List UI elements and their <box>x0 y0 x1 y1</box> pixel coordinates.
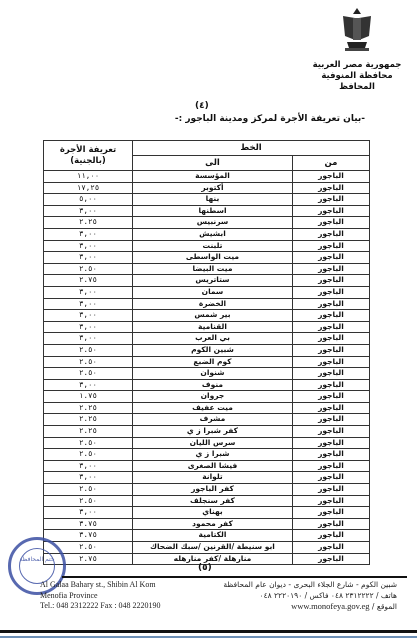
fare-cell: ٣,٠٠ <box>44 472 133 484</box>
table-row: الباجورالكتامية٣.٧٥ <box>44 530 370 542</box>
route-to-cell: كوم الضبع <box>133 356 293 368</box>
table-row: الباجورميت عفيف٢.٢٥ <box>44 402 370 414</box>
route-from-cell: الباجور <box>292 286 369 298</box>
table-row: الباجورشبين الكوم٢.٥٠ <box>44 344 370 356</box>
route-from-cell: الباجور <box>292 553 369 565</box>
route-from-cell: الباجور <box>292 507 369 519</box>
fare-cell: ٢.٥٠ <box>44 495 133 507</box>
fare-cell: ٢.٥٠ <box>44 437 133 449</box>
route-to-cell: تلبنت <box>133 240 293 252</box>
route-to-cell: شبرا ز ي <box>133 449 293 461</box>
fare-cell: ٢.٧٥ <box>44 275 133 287</box>
footer-arabic-address: شبين الكوم - شارع الجلاء البحرى - ديوان … <box>223 580 397 613</box>
fare-cell: ٢.٢٥ <box>44 217 133 229</box>
fare-cell: ٣,٠٠ <box>44 205 133 217</box>
route-from-cell: الباجور <box>292 402 369 414</box>
fare-cell: ٢.٥٠ <box>44 484 133 496</box>
route-to-cell: ابو سنيطة /القرنين /سبك الضحاك <box>133 542 293 554</box>
route-to-cell: الخضرة <box>133 298 293 310</box>
table-row: الباجوربير شمس٣,٠٠ <box>44 310 370 322</box>
route-to-cell: بي العرب <box>133 333 293 345</box>
route-from-cell: الباجور <box>292 426 369 438</box>
route-from-cell: الباجور <box>292 182 369 194</box>
table-row: الباجورالمؤسسة١١,٠٠ <box>44 171 370 183</box>
route-from-cell: الباجور <box>292 542 369 554</box>
fare-cell: ٢.٥٠ <box>44 356 133 368</box>
route-to-cell: كفر محمود <box>133 518 293 530</box>
letterhead: جمهورية مصر العربية محافظة المنوفية المح… <box>307 4 407 93</box>
route-from-cell: الباجور <box>292 518 369 530</box>
table-row: الباجورسرنبيس٢.٢٥ <box>44 217 370 229</box>
table-row: الباجورالقنامية٣,٠٠ <box>44 321 370 333</box>
route-from-cell: الباجور <box>292 275 369 287</box>
route-from-cell: الباجور <box>292 472 369 484</box>
footer-ar-website-row: الموقع / www.monofeya.gov.eg <box>223 601 397 613</box>
fare-cell: ٣,٠٠ <box>44 228 133 240</box>
table-row: الباجوركوم الضبع٢.٥٠ <box>44 356 370 368</box>
fare-cell: ٣,٠٠ <box>44 460 133 472</box>
table-row: الباجوربي العرب٣,٠٠ <box>44 333 370 345</box>
route-from-cell: الباجور <box>292 171 369 183</box>
route-from-cell: الباجور <box>292 310 369 322</box>
table-row: الباجوراسطنها٣,٠٠ <box>44 205 370 217</box>
table-row: الباجوركفر الباجور٢.٥٠ <box>44 484 370 496</box>
table-row: الباجوربنها٥,٠٠ <box>44 194 370 206</box>
table-row: الباجوركفر محمود٣.٧٥ <box>44 518 370 530</box>
table-row: الباجورالخضرة٣,٠٠ <box>44 298 370 310</box>
fare-cell: ٣,٠٠ <box>44 240 133 252</box>
route-to-cell: مشرف <box>133 414 293 426</box>
route-from-cell: الباجور <box>292 484 369 496</box>
table-row: الباجورستاتريس٢.٧٥ <box>44 275 370 287</box>
footer-ar-street: شبين الكوم - شارع الجلاء البحرى - ديوان … <box>223 580 397 591</box>
route-from-cell: الباجور <box>292 252 369 264</box>
footer-bottom-rule <box>0 630 417 633</box>
route-from-cell: الباجور <box>292 333 369 345</box>
route-from-cell: الباجور <box>292 228 369 240</box>
route-to-cell: سرنبيس <box>133 217 293 229</box>
header-route: الخط <box>133 141 370 156</box>
table-row: الباجورمشرف٢.٢٥ <box>44 414 370 426</box>
table-row: الباجورفيشا الصغرى٣,٠٠ <box>44 460 370 472</box>
fare-table: الخط تعريفة الأجرة (بالجنية) من الى البا… <box>43 140 370 565</box>
fare-cell: ٣,٠٠ <box>44 333 133 345</box>
fare-cell: ٢.٥٠ <box>44 344 133 356</box>
footer-en-province: Menofia Province <box>40 591 161 602</box>
route-to-cell: ستاتريس <box>133 275 293 287</box>
route-from-cell: الباجور <box>292 194 369 206</box>
footer-ar-phone: هاتف / ٢٣١٢٢٢٢ ٠٤٨ فاكس / ٢٢٢٠١٩٠ ٠٤٨ <box>223 591 397 602</box>
route-to-cell: بير شمس <box>133 310 293 322</box>
route-to-cell: كفر سنجلف <box>133 495 293 507</box>
fare-cell: ٢.٢٥ <box>44 414 133 426</box>
route-to-cell: بنها <box>133 194 293 206</box>
route-from-cell: الباجور <box>292 495 369 507</box>
letterhead-governor: المحافظ <box>307 82 407 93</box>
route-to-cell: كفر الباجور <box>133 484 293 496</box>
fare-cell: ٣,٠٠ <box>44 507 133 519</box>
fare-cell: ٣,٠٠ <box>44 252 133 264</box>
route-from-cell: الباجور <box>292 356 369 368</box>
page-number: (٥) <box>198 563 212 573</box>
table-row: الباجوركفر سنجلف٢.٥٠ <box>44 495 370 507</box>
letterhead-governorate: محافظة المنوفية <box>307 71 407 82</box>
fare-cell: ٢.٥٠ <box>44 449 133 461</box>
letterhead-country: جمهورية مصر العربية <box>307 60 407 71</box>
header-to: الى <box>133 156 293 171</box>
table-row: الباجورأكتوبر١٧,٢٥ <box>44 182 370 194</box>
route-to-cell: ميت الواسطى <box>133 252 293 264</box>
fare-cell: ٢.٢٥ <box>44 402 133 414</box>
route-to-cell: ميت عفيف <box>133 402 293 414</box>
route-to-cell: شبين الكوم <box>133 344 293 356</box>
table-row: الباجورابو سنيطة /القرنين /سبك الضحاك٢.٥… <box>44 542 370 554</box>
route-to-cell: اسطنها <box>133 205 293 217</box>
fare-table-body: الباجورالمؤسسة١١,٠٠الباجورأكتوبر١٧,٢٥الب… <box>44 171 370 565</box>
fare-cell: ٥,٠٠ <box>44 194 133 206</box>
table-row: الباجورميت الواسطى٣,٠٠ <box>44 252 370 264</box>
table-row: الباجورمنوف٣,٠٠ <box>44 379 370 391</box>
stamp-inner-ring <box>19 548 55 584</box>
route-from-cell: الباجور <box>292 391 369 403</box>
table-row: الباجورسمان٣,٠٠ <box>44 286 370 298</box>
fare-cell: ٢.٢٥ <box>44 426 133 438</box>
header-fare: تعريفة الأجرة (بالجنية) <box>44 141 133 171</box>
route-from-cell: الباجور <box>292 205 369 217</box>
fare-cell: ١.٧٥ <box>44 391 133 403</box>
route-from-cell: الباجور <box>292 298 369 310</box>
fare-cell: ٢.٥٠ <box>44 368 133 380</box>
route-to-cell: جروان <box>133 391 293 403</box>
fare-cell: ٣.٧٥ <box>44 518 133 530</box>
fare-cell: ٣,٠٠ <box>44 298 133 310</box>
route-to-cell: منوف <box>133 379 293 391</box>
route-from-cell: الباجور <box>292 240 369 252</box>
route-to-cell: القنامية <box>133 321 293 333</box>
section-marker: (٤) <box>195 101 209 111</box>
header-from: من <box>292 156 369 171</box>
table-row: الباجورشنوان٢.٥٠ <box>44 368 370 380</box>
fare-cell: ٣,٠٠ <box>44 379 133 391</box>
route-from-cell: الباجور <box>292 344 369 356</box>
route-from-cell: الباجور <box>292 460 369 472</box>
route-from-cell: الباجور <box>292 368 369 380</box>
table-row: الباجورتلبنت٣,٠٠ <box>44 240 370 252</box>
footer-en-phone: Tel.: 048 2312222 Fax : 048 2220190 <box>40 601 161 612</box>
route-from-cell: الباجور <box>292 449 369 461</box>
fare-cell: ٣.٧٥ <box>44 530 133 542</box>
route-to-cell: تلوانة <box>133 472 293 484</box>
route-to-cell: ميت البيضا <box>133 263 293 275</box>
fare-cell: ٢.٥٠ <box>44 263 133 275</box>
fare-cell: ١١,٠٠ <box>44 171 133 183</box>
footer-en-street: Al Galaa Bahary st., Shibin Al Kom <box>40 580 161 591</box>
route-from-cell: الباجور <box>292 530 369 542</box>
footer-website-link[interactable]: www.monofeya.gov.eg <box>291 601 369 611</box>
table-row: الباجورتلوانة٣,٠٠ <box>44 472 370 484</box>
route-to-cell: فيشا الصغرى <box>133 460 293 472</box>
footer-blue-rule <box>0 636 417 638</box>
route-to-cell: بهناي <box>133 507 293 519</box>
route-to-cell: ابشيش <box>133 228 293 240</box>
route-to-cell: شنوان <box>133 368 293 380</box>
route-to-cell: أكتوبر <box>133 182 293 194</box>
table-row: الباجوربهناي٣,٠٠ <box>44 507 370 519</box>
route-to-cell: المؤسسة <box>133 171 293 183</box>
route-to-cell: سرس الليان <box>133 437 293 449</box>
route-from-cell: الباجور <box>292 414 369 426</box>
fare-cell: ٣,٠٠ <box>44 286 133 298</box>
table-row: الباجورشبرا ز ي٢.٥٠ <box>44 449 370 461</box>
route-from-cell: الباجور <box>292 263 369 275</box>
table-row: الباجوركفر شبرا ز ي٢.٢٥ <box>44 426 370 438</box>
fare-cell: ٣,٠٠ <box>44 310 133 322</box>
route-to-cell: منارهلة /كفر منارهله <box>133 553 293 565</box>
stamp-label: ختم المحافظة <box>11 556 63 563</box>
fare-cell: ١٧,٢٥ <box>44 182 133 194</box>
footer-divider <box>62 576 407 578</box>
table-row: الباجورسرس الليان٢.٥٠ <box>44 437 370 449</box>
eagle-emblem-icon <box>337 4 377 54</box>
table-row: الباجورميت البيضا٢.٥٠ <box>44 263 370 275</box>
table-row: الباجورجروان١.٧٥ <box>44 391 370 403</box>
document-title: -بيان تعريفة الأجرة لمركز ومدينة الباجور… <box>175 114 365 124</box>
route-to-cell: الكتامية <box>133 530 293 542</box>
route-from-cell: الباجور <box>292 437 369 449</box>
footer-english-address: Al Galaa Bahary st., Shibin Al Kom Menof… <box>40 580 161 612</box>
route-from-cell: الباجور <box>292 321 369 333</box>
route-to-cell: كفر شبرا ز ي <box>133 426 293 438</box>
route-from-cell: الباجور <box>292 379 369 391</box>
route-from-cell: الباجور <box>292 217 369 229</box>
fare-cell: ٣,٠٠ <box>44 321 133 333</box>
table-row: الباجورابشيش٣,٠٠ <box>44 228 370 240</box>
route-to-cell: سمان <box>133 286 293 298</box>
footer-website-label: الموقع / <box>372 602 397 611</box>
